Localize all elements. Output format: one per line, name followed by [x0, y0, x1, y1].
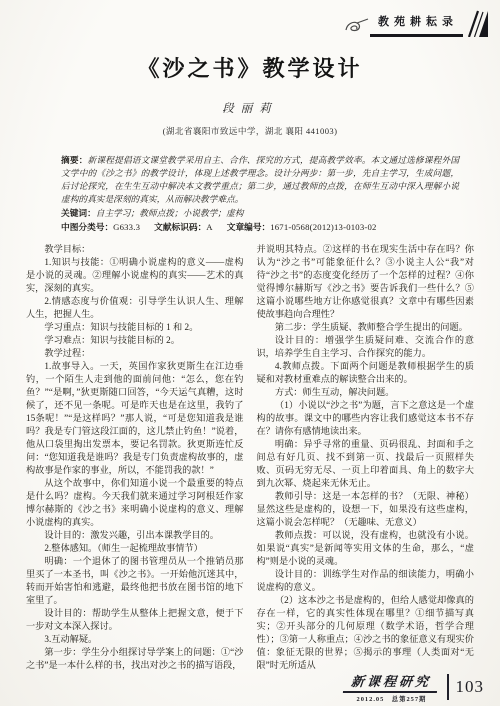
paragraph: 1.故事导入。一天，英国作家狄更斯生在江边垂钓，一个陌生人走到他的面前问他：“怎…: [26, 360, 244, 477]
corner-badge-underline: 教苑耕耘录: [370, 12, 463, 37]
journal-title-block: 新课程研究 2012.05 总第257期: [344, 671, 438, 704]
paragraph: 教学过程：: [26, 347, 244, 360]
footer-divider: [447, 674, 449, 700]
front-matter: 摘要：新课程提倡语文课堂教学采用自主、合作、探究的方式，提高教学效率。本文通过选…: [61, 154, 459, 234]
paragraph: 第一步：学生分小组探讨导学案上的问题：①“沙之书”是一本什么样的书，找出对沙之书…: [26, 646, 244, 672]
journal-article-page: 教苑耕耘录 《沙之书》教学设计 段丽莉 (湖北省襄阳市致远中学，湖北 襄阳 44…: [0, 0, 500, 706]
paragraph: 从这个故事中，你们知道小说一个最重要的特点是什么吗？虚构。今天我们就来通过学习阿…: [26, 477, 244, 529]
paragraph: 1.知识与技能：①明确小说虚构的意义——虚构是小说的灵魂。②理解小说虚构的真实—…: [26, 256, 244, 295]
paragraph: 教学目标：: [26, 243, 244, 256]
paragraph: 明确：异乎寻常的重量、页码很乱、封面和手之间总有好几页、找不到第一页、找最后一页…: [257, 438, 475, 490]
journal-name: 新课程研究: [343, 671, 439, 693]
left-column: 教学目标： 1.知识与技能：①明确小说虚构的意义——虚构是小说的灵魂。②理解小说…: [26, 243, 244, 672]
author-affiliation: (湖北省襄阳市致远中学，湖北 襄阳 441003): [0, 125, 500, 137]
paragraph: （1）小说以“沙之书”为题，言下之意这是一个虚构的故事。课文中的哪些内容让我们感…: [257, 399, 475, 438]
abstract-label: 摘要：: [61, 155, 88, 165]
paragraph: 第二步：学生质疑、教师整合学生提出的问题。: [257, 321, 475, 334]
paragraph: 设计目的：训练学生对作品的细读能力，明确小说虚构的意义。: [257, 568, 475, 594]
diagonal-stripes-icon: [466, 10, 488, 37]
column-tag-label: 教苑耕耘录: [378, 16, 458, 28]
paragraph: （2）这本沙之书是虚构的，但给人感觉却像真的存在一样，它的真实性体现在哪里？①细…: [257, 594, 475, 672]
keywords: 关键词：自主学习；教师点拨；小说教学；虚构: [61, 207, 459, 220]
keywords-label: 关键词：: [61, 208, 96, 218]
paragraph: 教师点拨：可以说，没有虚构，也就没有小说。如果说“真实”是新闻等实用文体的生命，…: [257, 529, 475, 568]
paragraph: 学习难点：知识与技能目标的 2。: [26, 334, 244, 347]
right-column: 并说明其特点。②这样的书在现实生活中存在吗？你认为“沙之书”可能象征什么？③小说…: [257, 243, 475, 672]
paragraph: 2.情感态度与价值观：引导学生认识人生、理解人生，把握人生。: [26, 295, 244, 321]
paragraph: 明确：一个退休了的图书管理员从一个推销员那里买了一本圣书，叫《沙之书》。一开始他…: [26, 555, 244, 607]
paragraph: 2.整体感知。（师生一起梳理故事情节）: [26, 542, 244, 555]
clc-label: 中图分类号：: [61, 222, 113, 232]
corner-badge: 教苑耕耘录: [344, 10, 488, 37]
doc-code-label: 文献标识码：: [154, 222, 206, 232]
article-id-value: 1671-0568(2012)13-0103-02: [270, 222, 376, 232]
article-id-label: 文章编号：: [227, 222, 270, 232]
paragraph: 设计目的：增强学生质疑问难、交流合作的意识，培养学生自主学习、合作探究的能力。: [257, 334, 475, 360]
pen-sketch-icon: [344, 17, 370, 35]
article-body: 教学目标： 1.知识与技能：①明确小说虚构的意义——虚构是小说的灵魂。②理解小说…: [0, 234, 500, 672]
paragraph: 教师引导：这是一本怎样的书？（无限、神秘）显然这些是虚构的，设想一下，如果没有这…: [257, 490, 475, 529]
author-name: 段丽莉: [0, 100, 500, 116]
paragraph: 设计目的：帮助学生从整体上把握文意，便于下一步对文本深入探讨。: [26, 607, 244, 633]
paragraph: 4.教师点拨。下面两个问题是教师根据学生的质疑和对教材重难点的解读整合出来的。: [257, 360, 475, 386]
doc-code-value: A: [206, 222, 212, 232]
clc-value: G633.3: [113, 222, 140, 232]
paragraph: 学习重点：知识与技能目标的 1 和 2。: [26, 321, 244, 334]
page-number: 103: [456, 677, 485, 697]
journal-footer: 新课程研究 2012.05 总第257期 103: [344, 671, 484, 704]
classification-line: 中图分类号：G633.3文献标识码：A文章编号：1671-0568(2012)1…: [61, 221, 459, 234]
paragraph: 方式：师生互动，解决问题。: [257, 386, 475, 399]
abstract-text: 新课程提倡语文课堂教学采用自主、合作、探究的方式，提高教学效率。本文通过选修课程…: [61, 155, 459, 204]
paragraph: 设计目的：激发兴趣，引出本课教学目的。: [26, 529, 244, 542]
keywords-text: 自主学习；教师点拨；小说教学；虚构: [96, 208, 244, 218]
paragraph: 并说明其特点。②这样的书在现实生活中存在吗？你认为“沙之书”可能象征什么？③小说…: [257, 243, 475, 321]
abstract: 摘要：新课程提倡语文课堂教学采用自主、合作、探究的方式，提高教学效率。本文通过选…: [61, 154, 459, 206]
paragraph: 3.互动解疑。: [26, 633, 244, 646]
journal-issue-line: 2012.05 总第257期: [357, 693, 427, 704]
